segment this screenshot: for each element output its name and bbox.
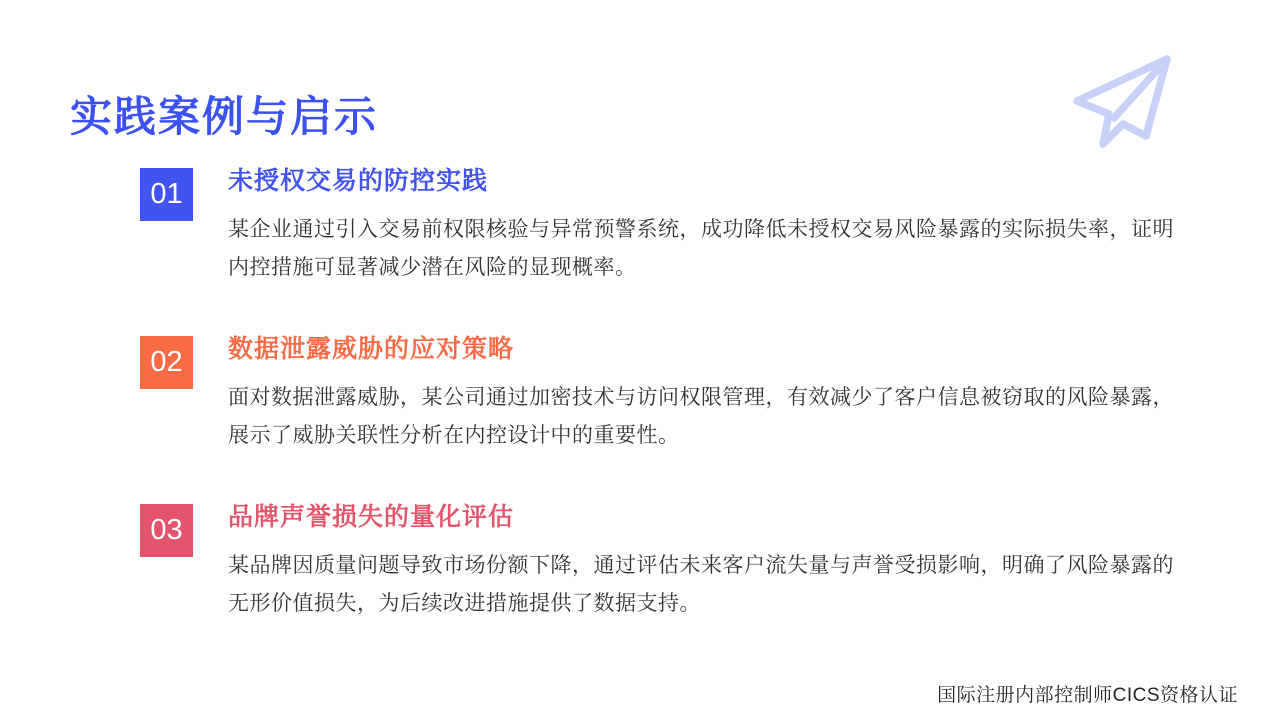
page-title: 实践案例与启示 bbox=[70, 84, 378, 144]
body-line: 展示了威胁关联性分析在内控设计中的重要性。 bbox=[228, 417, 1185, 455]
body-line: 某品牌因质量问题导致市场份额下降，通过评估未来客户流失量与声誉受损影响，明确了风… bbox=[228, 547, 1185, 585]
body-line: 某企业通过引入交易前权限核验与异常预警系统，成功降低未授权交易风险暴露的实际损失… bbox=[228, 211, 1185, 249]
slide: 实践案例与启示 01 未授权交易的防控实践 某企业通过引入交易前权限核验与异常预… bbox=[0, 0, 1280, 720]
body-line: 面对数据泄露威胁，某公司通过加密技术与访问权限管理，有效减少了客户信息被窃取的风… bbox=[228, 379, 1185, 417]
body-line: 无形价值损失，为后续改进措施提供了数据支持。 bbox=[228, 585, 1185, 623]
section-number-badge: 01 bbox=[140, 168, 193, 221]
section-content: 品牌声誉损失的量化评估 某品牌因质量问题导致市场份额下降，通过评估未来客户流失量… bbox=[228, 503, 1185, 623]
section-heading: 品牌声誉损失的量化评估 bbox=[228, 503, 1185, 531]
section-number-badge: 02 bbox=[140, 336, 193, 389]
paper-plane-icon-svg bbox=[1072, 52, 1176, 152]
section-heading: 数据泄露威胁的应对策略 bbox=[228, 335, 1185, 363]
section-heading: 未授权交易的防控实践 bbox=[228, 167, 1185, 195]
section-body: 面对数据泄露威胁，某公司通过加密技术与访问权限管理，有效减少了客户信息被窃取的风… bbox=[228, 379, 1185, 455]
section-number-badge: 03 bbox=[140, 504, 193, 557]
paper-plane-icon bbox=[1072, 52, 1176, 152]
section-content: 数据泄露威胁的应对策略 面对数据泄露威胁，某公司通过加密技术与访问权限管理，有效… bbox=[228, 335, 1185, 455]
body-line: 内控措施可显著减少潜在风险的显现概率。 bbox=[228, 249, 1185, 287]
section-body: 某企业通过引入交易前权限核验与异常预警系统，成功降低未授权交易风险暴露的实际损失… bbox=[228, 211, 1185, 287]
section-content: 未授权交易的防控实践 某企业通过引入交易前权限核验与异常预警系统，成功降低未授权… bbox=[228, 167, 1185, 287]
section-body: 某品牌因质量问题导致市场份额下降，通过评估未来客户流失量与声誉受损影响，明确了风… bbox=[228, 547, 1185, 623]
footer-certification-text: 国际注册内部控制师CICS资格认证 bbox=[937, 680, 1238, 707]
